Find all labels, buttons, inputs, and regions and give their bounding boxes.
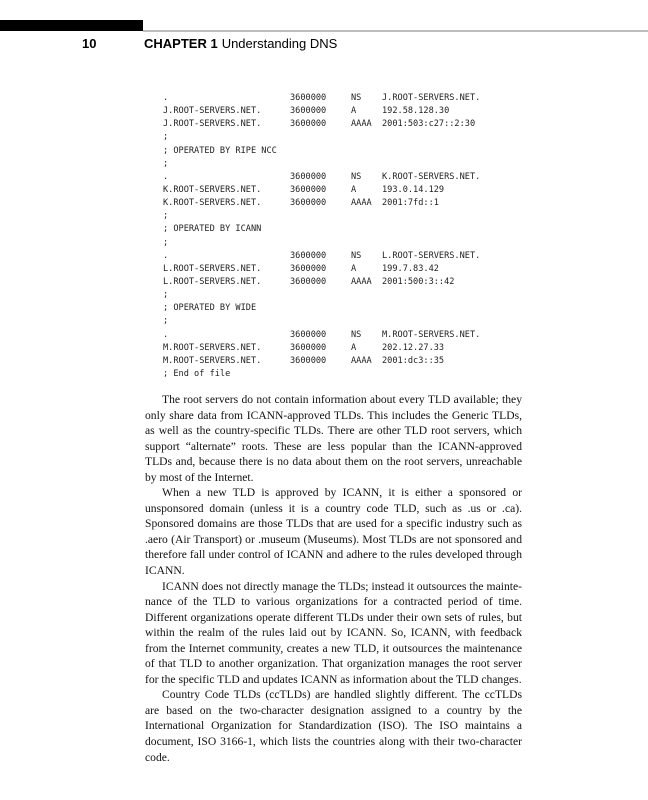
chapter-label: CHAPTER 1 [144,36,218,51]
record-name: ; [163,289,168,302]
paragraph: ICANN does not directly manage the TLDs;… [145,579,522,688]
record-type: A [351,105,356,118]
record-name: ; [163,131,168,144]
record-name: K.ROOT-SERVERS.NET. [163,197,261,210]
record-name: L.ROOT-SERVERS.NET. [163,276,261,289]
record-data: 193.0.14.129 [382,184,444,197]
record-data: K.ROOT-SERVERS.NET. [382,171,480,184]
record-data: 199.7.83.42 [382,263,439,276]
record-type: AAAA [351,197,372,210]
record-name: ; [163,210,168,223]
record-name: ; OPERATED BY WIDE [163,302,256,315]
record-data: 2001:500:3::42 [382,276,454,289]
record-data: 2001:dc3::35 [382,355,444,368]
record-type: NS [351,92,361,105]
record-type: AAAA [351,355,372,368]
record-ttl: 3600000 [290,197,326,210]
header-black-bar [0,20,143,30]
body-text: The root servers do not contain informat… [145,392,522,765]
record-type: A [351,184,356,197]
record-ttl: 3600000 [290,250,326,263]
paragraph: Country Code TLDs (ccTLDs) are handled s… [145,687,522,765]
record-data: M.ROOT-SERVERS.NET. [382,329,480,342]
record-ttl: 3600000 [290,329,326,342]
record-type: A [351,342,356,355]
record-ttl: 3600000 [290,184,326,197]
record-ttl: 3600000 [290,92,326,105]
paragraph: The root servers do not contain informat… [145,392,522,485]
record-type: AAAA [351,276,372,289]
record-type: NS [351,250,361,263]
page-number: 10 [82,36,144,51]
record-data: 202.12.27.33 [382,342,444,355]
record-name: . [163,92,168,105]
record-type: NS [351,329,361,342]
record-data: J.ROOT-SERVERS.NET. [382,92,480,105]
running-header: 10CHAPTER 1Understanding DNS [82,36,337,51]
record-name: ; [163,158,168,171]
record-ttl: 3600000 [290,342,326,355]
record-name: ; End of file [163,368,230,381]
record-type: A [351,263,356,276]
record-ttl: 3600000 [290,276,326,289]
record-type: AAAA [351,118,372,131]
chapter-title: Understanding DNS [222,36,338,51]
record-name: ; [163,315,168,328]
header-rule [143,30,648,32]
paragraph: When a new TLD is approved by ICANN, it … [145,485,522,578]
record-name: M.ROOT-SERVERS.NET. [163,355,261,368]
record-type: NS [351,171,361,184]
header-rule-left [0,30,143,31]
record-data: L.ROOT-SERVERS.NET. [382,250,480,263]
record-name: M.ROOT-SERVERS.NET. [163,342,261,355]
record-name: . [163,329,168,342]
record-data: 2001:503:c27::2:30 [382,118,475,131]
record-ttl: 3600000 [290,263,326,276]
record-name: J.ROOT-SERVERS.NET. [163,118,261,131]
record-name: . [163,171,168,184]
record-name: L.ROOT-SERVERS.NET. [163,263,261,276]
record-name: ; OPERATED BY ICANN [163,223,261,236]
record-ttl: 3600000 [290,355,326,368]
record-name: K.ROOT-SERVERS.NET. [163,184,261,197]
record-name: ; [163,237,168,250]
record-ttl: 3600000 [290,171,326,184]
record-ttl: 3600000 [290,118,326,131]
record-data: 192.58.128.30 [382,105,449,118]
record-name: ; OPERATED BY RIPE NCC [163,145,277,158]
record-name: . [163,250,168,263]
record-name: J.ROOT-SERVERS.NET. [163,105,261,118]
record-data: 2001:7fd::1 [382,197,439,210]
record-ttl: 3600000 [290,105,326,118]
